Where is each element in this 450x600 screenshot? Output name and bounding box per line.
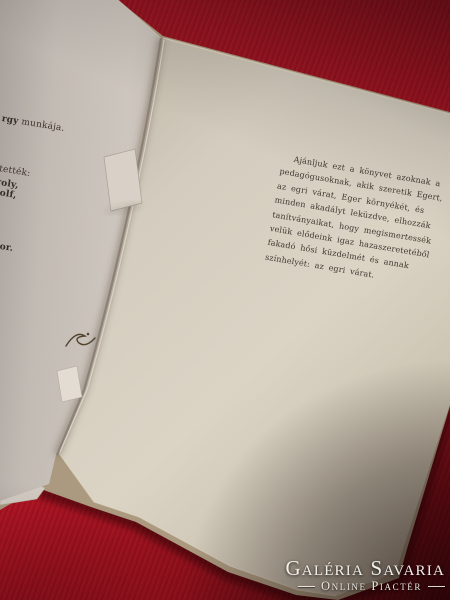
watermark-title: Galéria Savaria [285,557,445,579]
watermark-rule [298,586,315,587]
photo-open-book: rgy munkája. szítették: roly, dolf, bor.… [0,0,450,600]
watermark-subtitle: Online Piactér [321,579,422,593]
watermark: Galéria Savaria Online Piactér [285,557,445,593]
paper-tab-upper [104,149,142,211]
left-page-text-line: bor. [0,241,14,254]
watermark-rule [428,586,445,587]
book-illustration [0,0,450,600]
binding-thread-knot [87,333,90,336]
watermark-subtitle-row: Online Piactér [285,579,445,593]
